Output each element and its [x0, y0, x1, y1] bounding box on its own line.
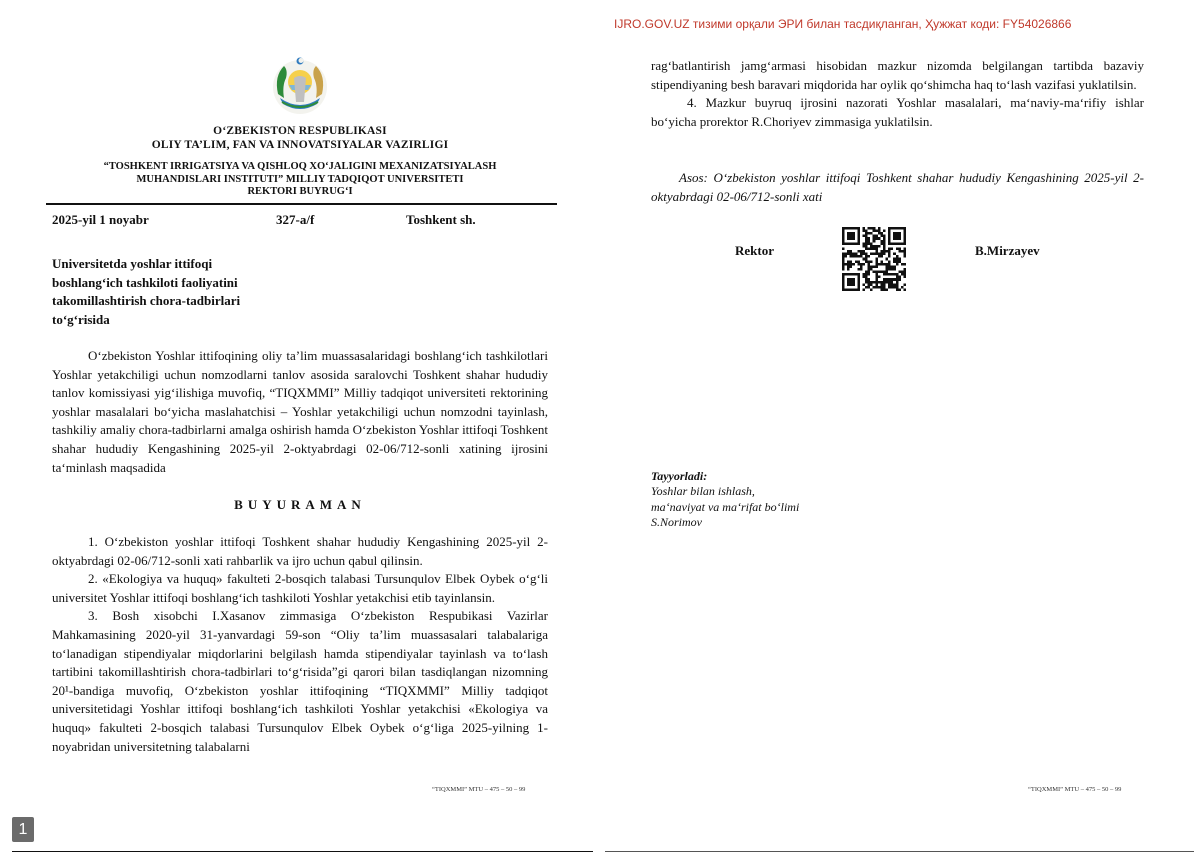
- ministry-header: O‘ZBEKISTON RESPUBLIKASI OLIY TA’LIM, FA…: [40, 124, 560, 152]
- order-heading: BUYURAMAN: [40, 497, 560, 513]
- order-item-3: 3. Bosh xisobchi I.Xasanov zimmasiga O‘z…: [52, 607, 548, 756]
- order-items: 1. O‘zbekiston yoshlar ittifoqi Toshkent…: [52, 533, 548, 756]
- document-page-2: IJRO.GOV.UZ тизими орқали ЭРИ билан тасд…: [600, 0, 1200, 864]
- page-footer-code: “TIQXMMI” MTU – 475 – 50 – 99: [432, 786, 525, 793]
- institute-line-2: MUHANDISLARI INSTITUTI” MILLIY TADQIQOT …: [40, 174, 560, 187]
- header-divider: [46, 203, 557, 205]
- prepared-by: Tayyorladi: Yoshlar bilan ishlash, ma‘na…: [651, 469, 799, 530]
- order-subject: Universitetda yoshlar ittifoqi boshlang‘…: [52, 255, 272, 329]
- institute-line-1: “TOSHKENT IRRIGATSIYA VA QISHLOQ XO‘JALI…: [40, 161, 560, 174]
- order-item-1: 1. O‘zbekiston yoshlar ittifoqi Toshkent…: [52, 533, 548, 570]
- basis-note: Asos: O‘zbekiston yoshlar ittifoqi Toshk…: [651, 169, 1144, 206]
- subject-line: boshlang‘ich tashkiloti faoliyatini: [52, 274, 272, 293]
- page-2-body: rag‘batlantirish jamg‘armasi hisobidan m…: [651, 57, 1144, 131]
- subject-line: Universitetda yoshlar ittifoqi: [52, 255, 272, 274]
- page-footer-code: “TIQXMMI” MTU – 475 – 50 – 99: [1028, 786, 1121, 793]
- order-place: Toshkent sh.: [406, 212, 476, 228]
- signer-name: B.Mirzayev: [975, 243, 1040, 259]
- institute-header: “TOSHKENT IRRIGATSIYA VA QISHLOQ XO‘JALI…: [40, 161, 560, 199]
- page-number-badge[interactable]: 1: [12, 817, 34, 842]
- signature-block: Rektor B.Mirzayev: [600, 226, 1200, 292]
- state-emblem-icon: [270, 54, 330, 116]
- item-3-continuation: rag‘batlantirish jamg‘armasi hisobidan m…: [651, 57, 1144, 94]
- page-bottom-border: [12, 851, 593, 853]
- verification-stamp: IJRO.GOV.UZ тизими орқали ЭРИ билан тасд…: [614, 17, 1071, 31]
- prepared-person: S.Norimov: [651, 515, 799, 530]
- subject-line: to‘g‘risida: [52, 311, 272, 330]
- order-number: 327-a/f: [276, 212, 314, 228]
- signer-title: Rektor: [735, 243, 774, 259]
- order-date: 2025-yil 1 noyabr: [52, 212, 149, 228]
- order-item-2: 2. «Ekologiya va huquq» fakulteti 2-bosq…: [52, 570, 548, 607]
- document-page-1: O‘ZBEKISTON RESPUBLIKASI OLIY TA’LIM, FA…: [0, 0, 600, 864]
- prepared-label: Tayyorladi:: [651, 469, 799, 484]
- subject-line: takomillashtirish chora-tadbirlari: [52, 292, 272, 311]
- prepared-department: Yoshlar bilan ishlash,: [651, 484, 799, 499]
- institute-line-3: REKTORI BUYRUG‘I: [40, 186, 560, 199]
- country-name: O‘ZBEKISTON RESPUBLIKASI: [40, 124, 560, 138]
- page-bottom-border: [605, 851, 1194, 853]
- order-item-4: 4. Mazkur buyruq ijrosini nazorati Yoshl…: [651, 94, 1144, 131]
- preamble-paragraph: O‘zbekiston Yoshlar ittifoqining oliy ta…: [52, 347, 548, 477]
- ministry-name: OLIY TA’LIM, FAN VA INNOVATSIYALAR VAZIR…: [40, 138, 560, 152]
- qr-code-icon: [842, 227, 906, 291]
- prepared-department-2: ma‘naviyat va ma‘rifat bo‘limi: [651, 500, 799, 515]
